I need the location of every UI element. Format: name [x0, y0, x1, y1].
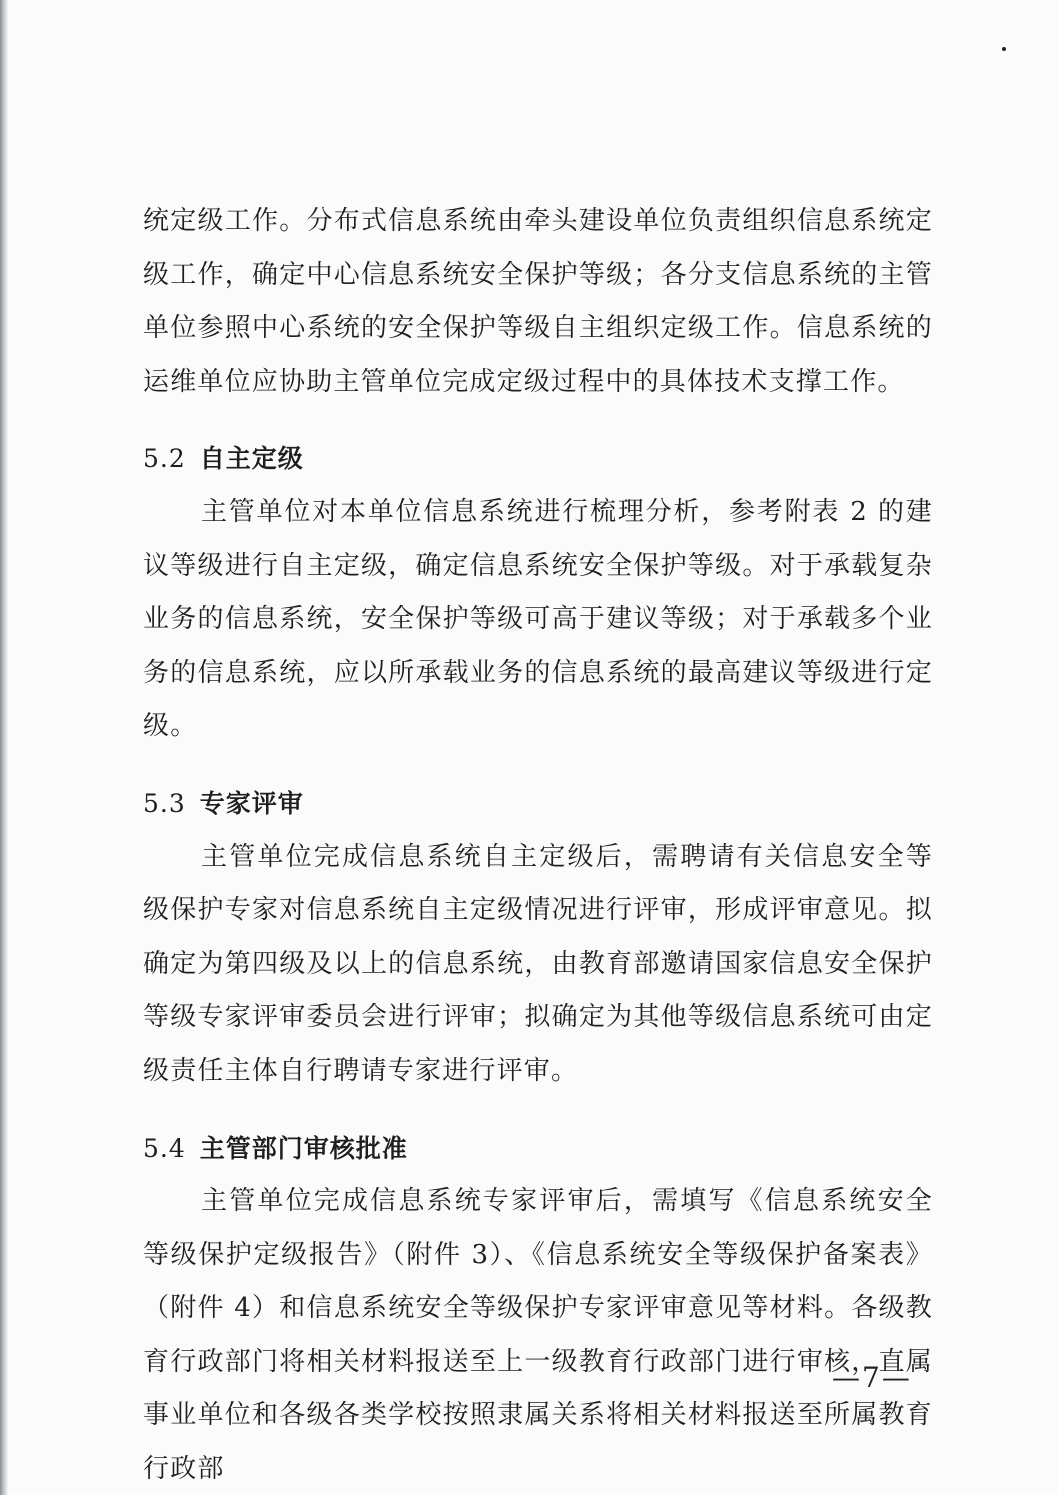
section-title: 主管部门审核批准 [200, 1134, 408, 1163]
section-title: 专家评审 [200, 789, 304, 818]
section-paragraph-5-3: 主管单位完成信息系统自主定级后，需聘请有关信息安全等级保护专家对信息系统自主定级… [143, 831, 933, 1099]
scan-speck [1002, 47, 1006, 51]
section-heading-5-4: 5.4主管部门审核批准 [143, 1122, 933, 1176]
section-heading-5-2: 5.2自主定级 [143, 432, 933, 486]
page-number: —7— [832, 1361, 912, 1394]
section-number: 5.2 [143, 444, 186, 473]
section-paragraph-5-4: 主管单位完成信息系统专家评审后，需填写《信息系统安全等级保护定级报告》（附件 3… [143, 1175, 933, 1495]
section-paragraph-5-2: 主管单位对本单位信息系统进行梳理分析，参考附表 2 的建议等级进行自主定级，确定… [143, 486, 933, 754]
scan-page-edge [0, 0, 8, 1495]
continuation-paragraph: 统定级工作。分布式信息系统由牵头建设单位负责组织信息系统定级工作，确定中心信息系… [143, 195, 933, 409]
section-heading-5-3: 5.3专家评审 [143, 777, 933, 831]
section-number: 5.4 [143, 1134, 186, 1163]
document-body: 统定级工作。分布式信息系统由牵头建设单位负责组织信息系统定级工作，确定中心信息系… [143, 195, 933, 1495]
section-title: 自主定级 [200, 444, 304, 473]
section-number: 5.3 [143, 789, 186, 818]
